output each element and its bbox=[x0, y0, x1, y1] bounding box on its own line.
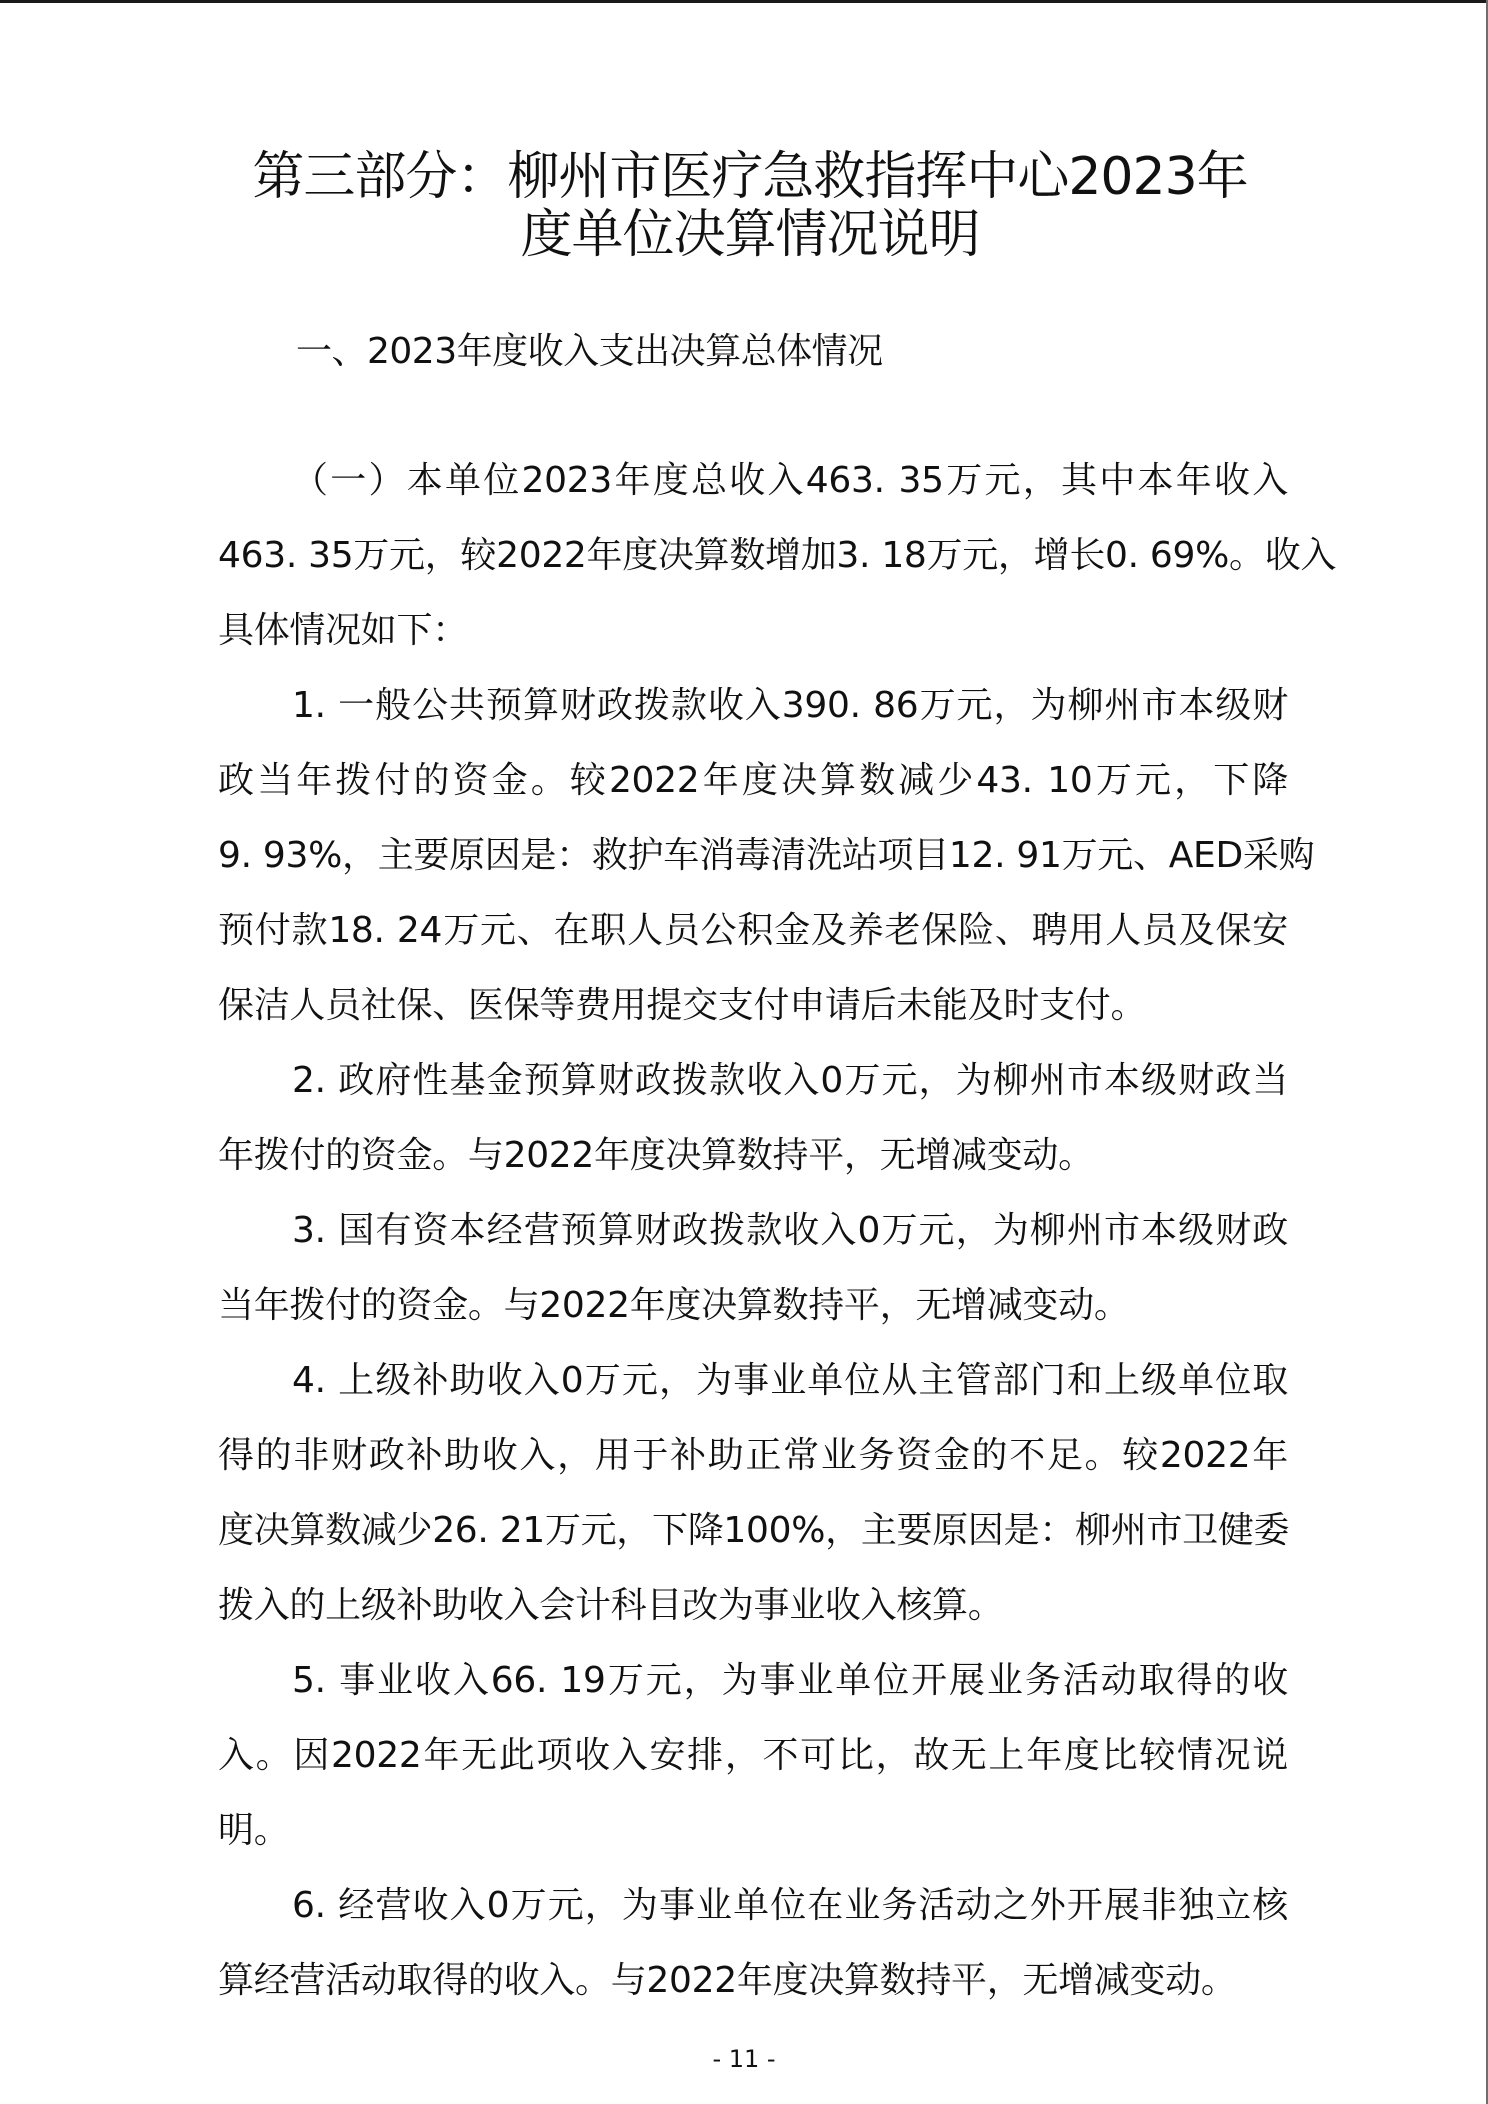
text-line: （一）本单位2023年度总收入463. 35万元，其中本年收入 bbox=[218, 443, 1288, 518]
text-line: 年拨付的资金。与2022年度决算数持平，无增减变动。 bbox=[218, 1118, 1288, 1193]
page-title: 第三部分：柳州市医疗急救指挥中心2023年 度单位决算情况说明 bbox=[200, 148, 1300, 264]
paragraph-item-4: 4. 上级补助收入0万元，为事业单位从主管部门和上级单位取 得的非财政补助收入，… bbox=[218, 1343, 1288, 1643]
text-line: 具体情况如下： bbox=[218, 593, 1288, 668]
paragraph-item-6: 6. 经营收入0万元，为事业单位在业务活动之外开展非独立核 算经营活动取得的收入… bbox=[218, 1868, 1288, 2018]
text-line: 1. 一般公共预算财政拨款收入390. 86万元，为柳州市本级财 bbox=[218, 668, 1288, 743]
section-heading: 一、2023年度收入支出决算总体情况 bbox=[296, 330, 883, 374]
text-line: 政当年拨付的资金。较2022年度决算数减少43. 10万元，下降 bbox=[218, 743, 1288, 818]
page-number: - 11 - bbox=[0, 2044, 1488, 2074]
page-top-border bbox=[0, 0, 1488, 3]
paragraph-item-3: 3. 国有资本经营预算财政拨款收入0万元，为柳州市本级财政 当年拨付的资金。与2… bbox=[218, 1193, 1288, 1343]
text-line: 入。因2022年无此项收入安排，不可比，故无上年度比较情况说 bbox=[218, 1718, 1288, 1793]
text-line: 拨入的上级补助收入会计科目改为事业收入核算。 bbox=[218, 1568, 1288, 1643]
text-line: 3. 国有资本经营预算财政拨款收入0万元，为柳州市本级财政 bbox=[218, 1193, 1288, 1268]
text-line: 463. 35万元，较2022年度决算数增加3. 18万元，增长0. 69%。收… bbox=[218, 518, 1288, 593]
paragraph-item-5: 5. 事业收入66. 19万元，为事业单位开展业务活动取得的收 入。因2022年… bbox=[218, 1643, 1288, 1868]
text-line: 5. 事业收入66. 19万元，为事业单位开展业务活动取得的收 bbox=[218, 1643, 1288, 1718]
text-line: 预付款18. 24万元、在职人员公积金及养老保险、聘用人员及保安 bbox=[218, 893, 1288, 968]
title-line-2: 度单位决算情况说明 bbox=[200, 206, 1300, 264]
text-line: 度决算数减少26. 21万元，下降100%，主要原因是：柳州市卫健委 bbox=[218, 1493, 1288, 1568]
document-body: （一）本单位2023年度总收入463. 35万元，其中本年收入 463. 35万… bbox=[218, 443, 1288, 2018]
paragraph-overview: （一）本单位2023年度总收入463. 35万元，其中本年收入 463. 35万… bbox=[218, 443, 1288, 668]
text-line: 保洁人员社保、医保等费用提交支付申请后未能及时支付。 bbox=[218, 968, 1288, 1043]
text-line: 9. 93%，主要原因是：救护车消毒清洗站项目12. 91万元、AED采购 bbox=[218, 818, 1288, 893]
text-line: 明。 bbox=[218, 1793, 1288, 1868]
paragraph-item-1: 1. 一般公共预算财政拨款收入390. 86万元，为柳州市本级财 政当年拨付的资… bbox=[218, 668, 1288, 1043]
text-line: 6. 经营收入0万元，为事业单位在业务活动之外开展非独立核 bbox=[218, 1868, 1288, 1943]
text-line: 2. 政府性基金预算财政拨款收入0万元，为柳州市本级财政当 bbox=[218, 1043, 1288, 1118]
text-line: 4. 上级补助收入0万元，为事业单位从主管部门和上级单位取 bbox=[218, 1343, 1288, 1418]
title-line-1: 第三部分：柳州市医疗急救指挥中心2023年 bbox=[200, 148, 1300, 206]
paragraph-item-2: 2. 政府性基金预算财政拨款收入0万元，为柳州市本级财政当 年拨付的资金。与20… bbox=[218, 1043, 1288, 1193]
text-line: 当年拨付的资金。与2022年度决算数持平，无增减变动。 bbox=[218, 1268, 1288, 1343]
text-line: 得的非财政补助收入，用于补助正常业务资金的不足。较2022年 bbox=[218, 1418, 1288, 1493]
text-line: 算经营活动取得的收入。与2022年度决算数持平，无增减变动。 bbox=[218, 1943, 1288, 2018]
